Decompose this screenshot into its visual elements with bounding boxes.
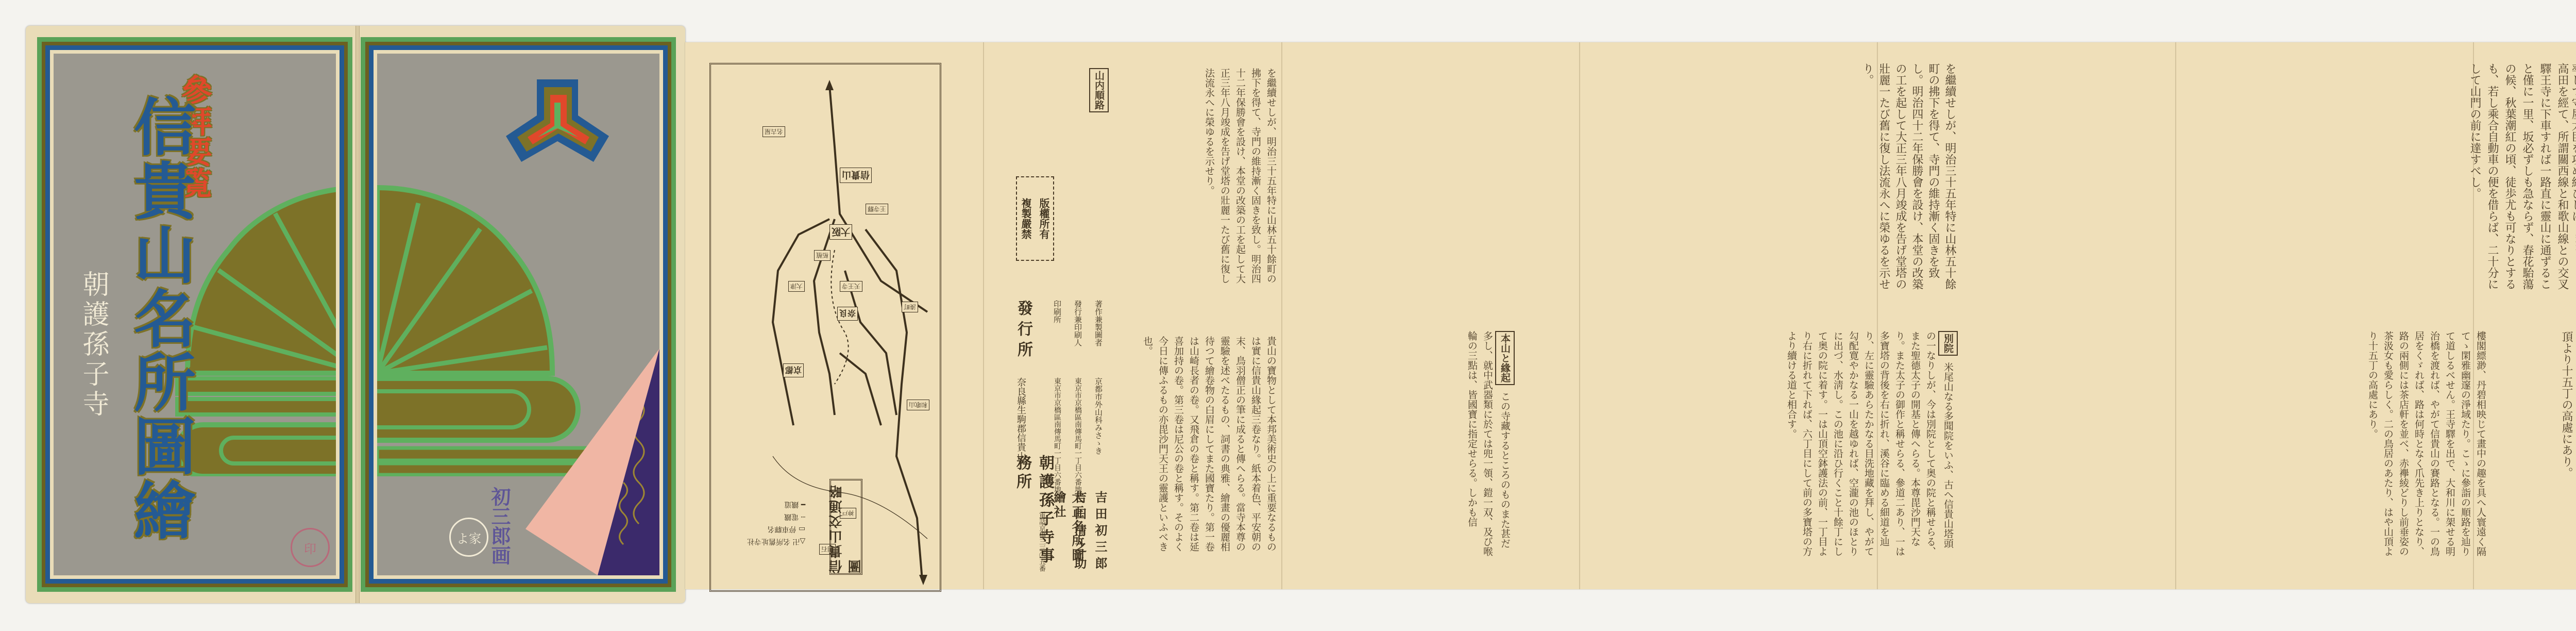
map-station: 名古屋 — [762, 126, 785, 137]
map-station: 信貴山 — [840, 168, 872, 183]
body-text-upper: を繼續せしが、明治三十五年特に山林五十餘町の拂下を得て、寺門の維持漸く固きを致し… — [1288, 63, 1958, 290]
page-curl-icon — [526, 348, 659, 575]
colophon: を繼續せしが、明治三十五年特に山林五十餘町の拂下を得て、寺門の維持漸く固きを致し… — [1001, 58, 1279, 573]
map-station: 柘植 — [814, 250, 831, 261]
body-text-lower: 樓閣縹渺、丹碧相映じて畫中の趣を具へ人寰遠く隔てゝ閑雅幽邃の淨域たり。こゝに參詣… — [1973, 331, 2488, 558]
copyright-box: 版權所有 複製嚴禁 — [1016, 176, 1054, 261]
map-title: 信貴山交通略圖 — [827, 480, 865, 573]
publisher-label: 發行所 — [1012, 300, 1035, 362]
cover-fold — [355, 26, 360, 603]
legend-label: 名所舊址寺社 — [747, 537, 790, 545]
section-sannai: 山内順路 — [1073, 68, 1109, 290]
publisher-name: 朝護孫子寺事務所 — [1011, 455, 1056, 573]
legend-symbol: ━ — [801, 500, 805, 508]
cover-left-panel: 參拜要覧 信貴山名所圖繪 朝護孫子寺 印 — [37, 37, 352, 592]
section-text: 我が國屈指の一大靈場として世に名高き朝護孫子寺は北大和なる生駒山脈の一峯信貴山に… — [2468, 63, 2576, 290]
artist-signature: 初三郎画 — [485, 487, 514, 565]
railway-map-lines — [711, 64, 940, 590]
unfolded-sheet: 大阪 京都 奈良 信貴山 王寺驛 天王寺 神戸 明石 湊町 和歌山 名古屋 大津… — [685, 42, 2576, 589]
cover-temple-name: 朝護孫子寺 — [74, 270, 113, 420]
section-sankei-junro: 樓閣縹渺、丹碧相映じて畫中の趣を具へ人寰遠く隔てゝ閑雅幽邃の淨域たり。こゝに參詣… — [2427, 331, 2576, 558]
map-station: 京都 — [783, 363, 804, 377]
legend-label: 鐵道 — [784, 500, 799, 508]
section-heading: 本山と緣起 — [1495, 331, 1515, 385]
map-station: 大阪 — [829, 224, 852, 240]
cover-right-panel: 初三郎画 よ家 — [361, 37, 676, 592]
map-legend: △卍 名所舊址寺社 ▭ 停車驛名 ┄ 電鐵 ━ 鐵道 — [747, 497, 805, 549]
credit-role: 印刷所 — [1052, 300, 1063, 323]
section-ichi-kinkyo: 位置と近境 我が國屈指の一大靈場として世に名高き朝護孫子寺は北大和なる生駒山脈の… — [2427, 63, 2576, 290]
red-seal-icon: 印 — [291, 528, 330, 567]
copyright-line: 複製嚴禁 — [1019, 198, 1033, 239]
section-heading: 別院 — [1938, 331, 1958, 356]
traffic-map: 大阪 京都 奈良 信貴山 王寺驛 天王寺 神戸 明石 湊町 和歌山 名古屋 大津… — [709, 63, 941, 592]
artist-seal-icon: よ家 — [449, 518, 488, 557]
map-title-box: 信貴山交通略圖 — [829, 479, 862, 575]
legend-symbol: △卍 — [792, 537, 805, 545]
cover-title: 信貴山名所圖繪 — [115, 95, 204, 542]
credit-name: 吉田初三郎 — [1091, 491, 1109, 573]
booklet-cover: 參拜要覧 信貴山名所圖繪 朝護孫子寺 印 — [26, 26, 685, 603]
copyright-line: 版權所有 — [1037, 198, 1052, 239]
map-station: 奈良 — [837, 307, 858, 321]
map-station: 和歌山 — [907, 400, 929, 410]
map-station: 天王寺 — [840, 281, 862, 292]
body-text-column: を繼續せしが、明治三十五年特に山林五十餘町の拂下を得て、寺門の維持漸く固きを致し… — [1119, 68, 1279, 290]
credit-role: 發行兼印刷人 — [1073, 300, 1083, 346]
section-text: 米尾山なる多聞院をいふ、古へ信貴山塔頭の一なりしが、今は別院として奥の院と稱せら… — [1786, 331, 1954, 556]
fold-line — [983, 42, 984, 589]
legend-label: 停車驛名 — [768, 525, 796, 533]
section-heading: 山内順路 — [1089, 68, 1109, 112]
credit-address: 東京市京橋區南傳馬町一丁目六番地 — [1073, 377, 1083, 493]
legend-label: 電鐵 — [784, 512, 799, 521]
credit-address: 京都市外山科みさゝき — [1093, 377, 1104, 455]
section-text: を繼續せしが、明治三十五年特に山林五十餘町の拂下を得て、寺門の維持漸く固きを致し… — [1861, 63, 1956, 290]
map-station: 湊町 — [902, 302, 918, 312]
fold-line — [1281, 42, 1282, 589]
legend-symbol: ▭ — [799, 525, 805, 533]
section-text: 樓閣縹渺、丹碧相映じて畫中の趣を具へ人寰遠く隔てゝ閑雅幽邃の淨域たり。こゝに參詣… — [2560, 331, 2576, 558]
map-station: 大津 — [788, 281, 805, 292]
section-honzan-engi: 本山と緣起 この寺藏するところのものまた甚だ多し、就中武器類に於ては兜一領、鎧一… — [1288, 331, 1515, 558]
map-station: 王寺驛 — [866, 204, 888, 214]
publisher-address: 奈良縣生駒郡信貴山 — [1014, 377, 1027, 461]
section-betsuin: 別院 米尾山なる多聞院をいふ、古へ信貴山塔頭の一なりしが、今は別院として奥の院と… — [1520, 331, 1958, 558]
temple-crest-icon — [501, 74, 614, 177]
legend-symbol: ┄ — [801, 512, 805, 521]
body-text-column: 貴山の寶物として本邦美術史の上に重要なるものは實に信貴山緣起三卷なり。紙本着色、… — [1124, 336, 1279, 558]
